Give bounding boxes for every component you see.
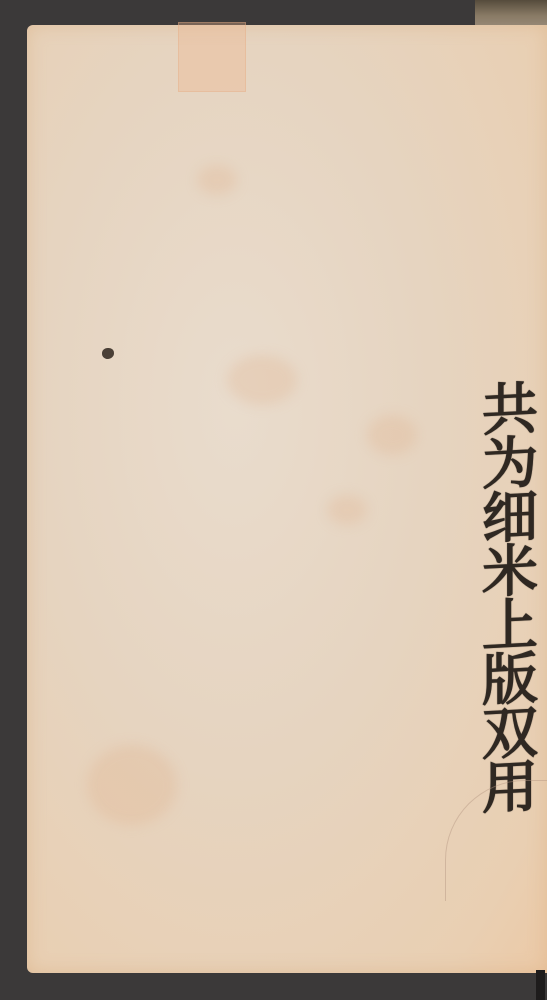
binding-edge [536,970,545,1000]
paper-stain [367,415,417,455]
collection-seal-stamp [178,22,246,92]
paper-stain [327,495,367,525]
paper-stain [197,165,237,195]
adjacent-page-edge [475,0,547,26]
paper-stain [87,745,177,825]
paper-stain [227,355,297,405]
